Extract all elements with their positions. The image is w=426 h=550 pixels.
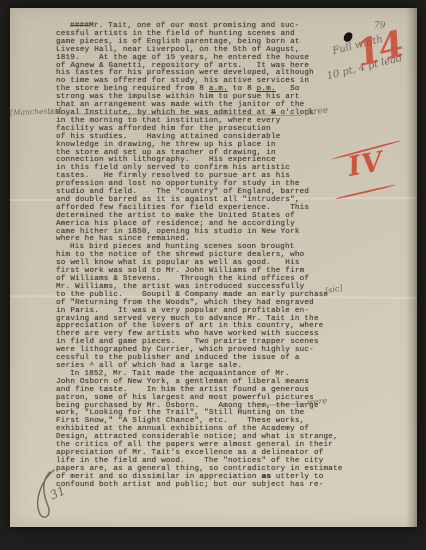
red-flourish-stroke [335, 184, 396, 200]
scan-edge-shadow [406, 8, 417, 527]
text-line: confound both artist and public; but our… [56, 482, 366, 490]
margin-note-manchester: [Manchester] [10, 106, 62, 118]
section-numeral-text: IV [346, 146, 386, 183]
pencil-flourish: 31 [30, 466, 80, 526]
typewritten-text: ####Mr. Tait, one of our most promising … [56, 23, 366, 489]
margin-note-were: were [307, 396, 328, 406]
manuscript-page: ####Mr. Tait, one of our most promising … [10, 8, 417, 527]
red-section-numeral: IV [328, 139, 408, 203]
